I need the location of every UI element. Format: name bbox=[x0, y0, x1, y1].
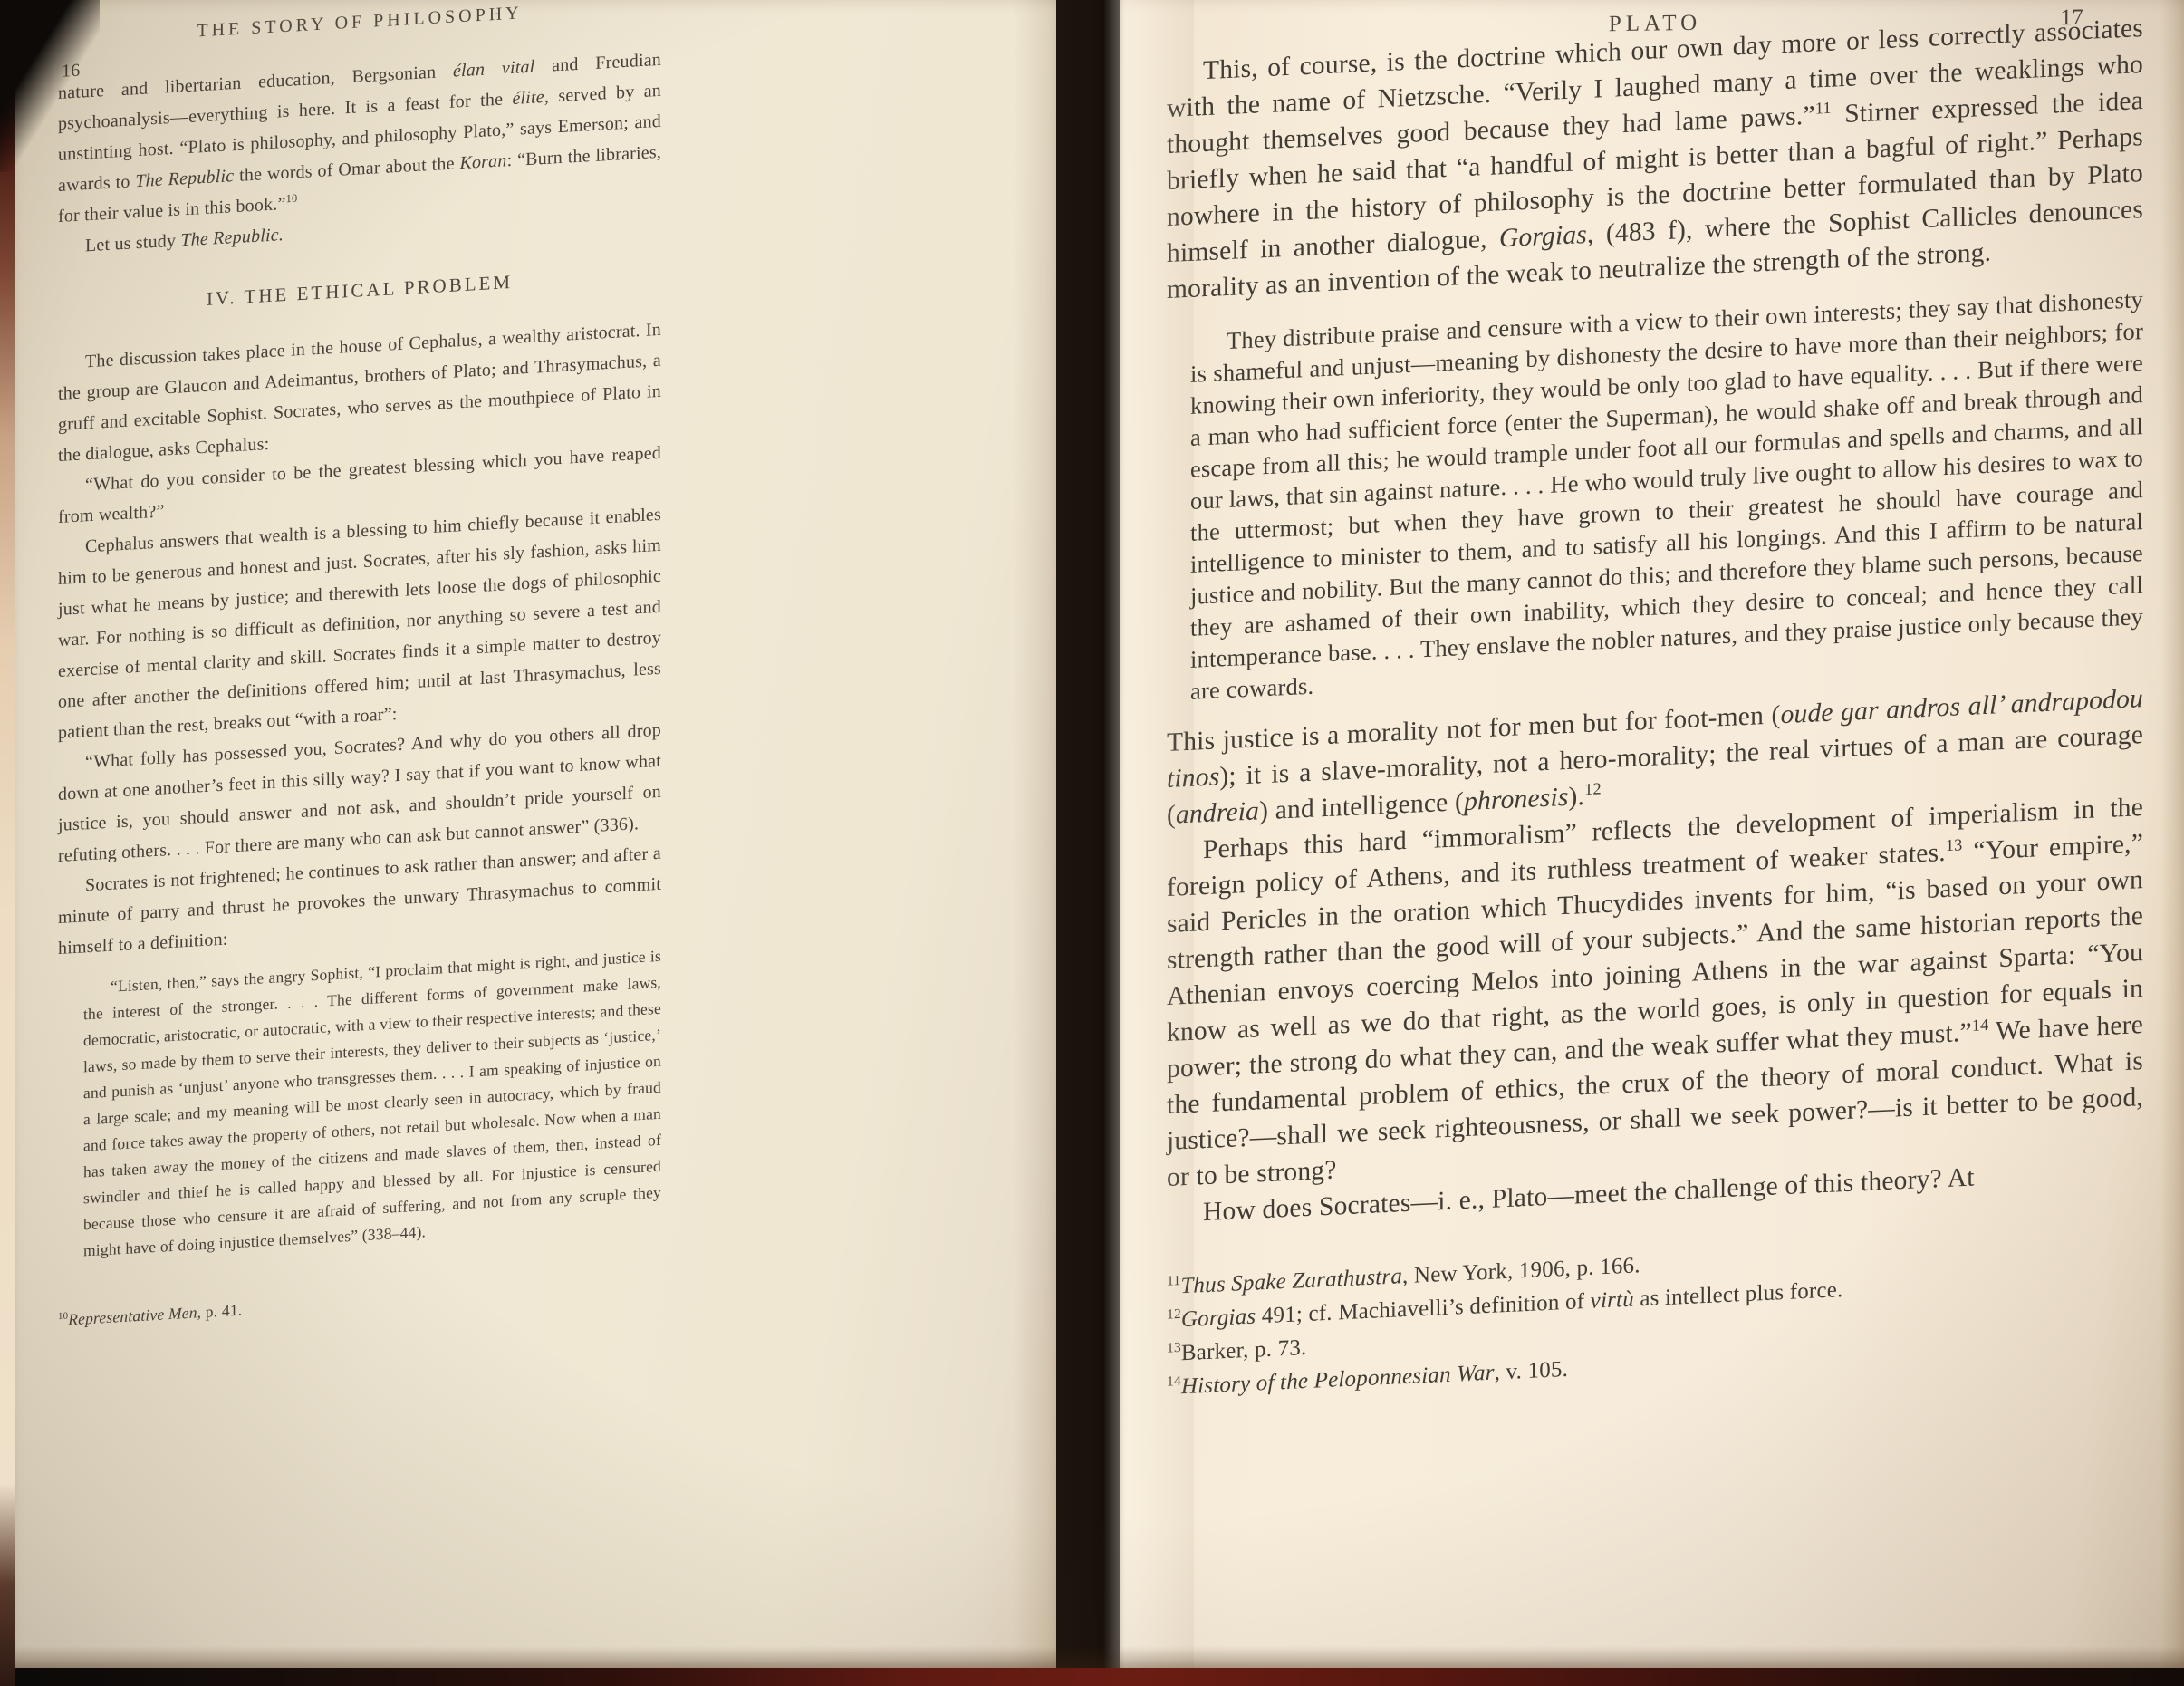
body-paragraph: Perhaps this hard “immoralism” reflects … bbox=[1167, 789, 2143, 1196]
body-paragraph: Cephalus answers that wealth is a blessi… bbox=[58, 499, 661, 748]
block-quote: They distribute praise and censure with … bbox=[1190, 284, 2143, 708]
left-page: THE STORY OF PHILOSOPHY 16 nature and li… bbox=[14, 0, 1056, 1670]
right-page-content: PLATO 17 This, of course, is the doctrin… bbox=[1167, 7, 2143, 1404]
right-page: PLATO 17 This, of course, is the doctrin… bbox=[1120, 0, 2184, 1670]
book-spine-left-edge bbox=[0, 0, 15, 1686]
book-cover-bottom-edge bbox=[0, 1668, 2184, 1686]
footnote: 10Representative Men, p. 41. bbox=[58, 1274, 661, 1334]
running-header-left: THE STORY OF PHILOSOPHY bbox=[58, 0, 661, 54]
block-quote: “Listen, then,” says the angry Sophist, … bbox=[83, 943, 661, 1265]
right-page-text: This, of course, is the doctrine which o… bbox=[1167, 10, 2143, 1404]
left-page-content: THE STORY OF PHILOSOPHY 16 nature and li… bbox=[58, 0, 661, 1334]
body-paragraph: This, of course, is the doctrine which o… bbox=[1167, 10, 2143, 308]
section-heading: IV. THE ETHICAL PROBLEM bbox=[58, 258, 661, 323]
book-photo: { "left_page": { "page_number": "16", "r… bbox=[0, 0, 2184, 1686]
page-number-left: 16 bbox=[62, 55, 80, 87]
left-page-text: nature and libertarian education, Bergso… bbox=[58, 44, 661, 1334]
